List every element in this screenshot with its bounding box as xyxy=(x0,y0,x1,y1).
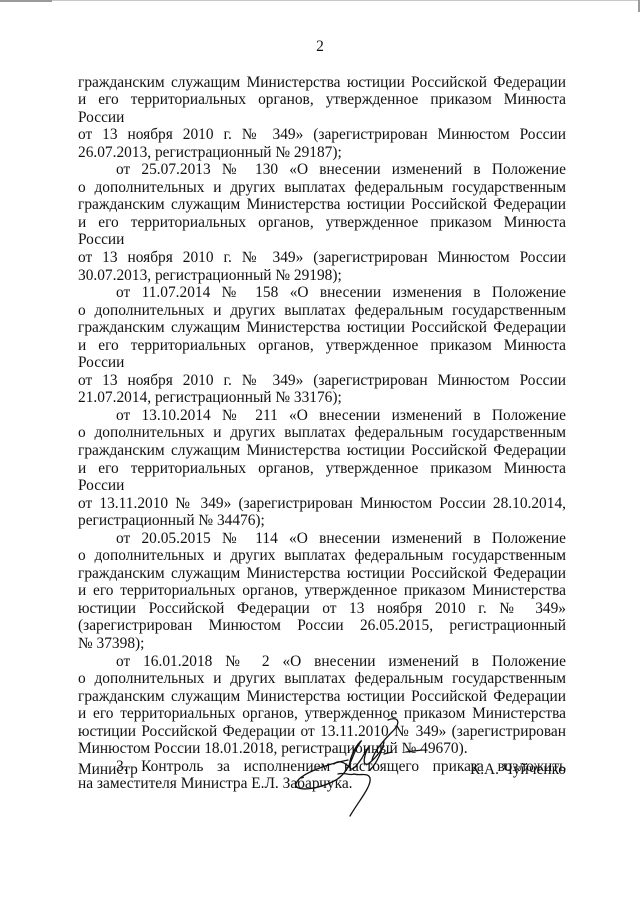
text-line: гражданским служащим Министерства юстици… xyxy=(78,688,566,706)
text-line: гражданским служащим Министерства юстици… xyxy=(78,74,566,92)
text-line: гражданским служащим Министерства юстици… xyxy=(78,565,566,583)
text-line: и его территориальных органов, утвержден… xyxy=(78,214,566,249)
handwritten-signature-icon xyxy=(288,712,448,822)
paragraph-order-2013-130: от 25.07.2013 № 130 «О внесении изменени… xyxy=(78,161,566,284)
text-line: № 37398); xyxy=(78,635,566,653)
text-line: регистрационный № 34476); xyxy=(78,512,566,530)
text-line: и его территориальных органов, утвержден… xyxy=(78,460,566,495)
text-line: 21.07.2014, регистрационный № 33176); xyxy=(78,389,566,407)
paragraph-continuation: гражданским служащим Министерства юстици… xyxy=(78,74,566,162)
text-line: от 13 ноября 2010 г. № 349» (зарегистрир… xyxy=(78,372,566,390)
text-line: от 13 ноября 2010 г. № 349» (зарегистрир… xyxy=(78,249,566,267)
paragraph-order-2014-211: от 13.10.2014 № 211 «О внесении изменени… xyxy=(78,407,566,530)
text-line: и его территориальных органов, утвержден… xyxy=(78,91,566,126)
text-line: от 13.10.2014 № 211 «О внесении изменени… xyxy=(78,407,566,425)
text-line: и его территориальных органов, утвержден… xyxy=(78,337,566,372)
document-page: 2 гражданским служащим Министерства юсти… xyxy=(0,0,640,905)
text-line: юстиции Российской Федерации от 13 ноябр… xyxy=(78,600,566,618)
page-number: 2 xyxy=(0,38,640,56)
document-body: гражданским служащим Министерства юстици… xyxy=(78,74,566,793)
text-line: от 16.01.2018 № 2 «О внесении изменений … xyxy=(78,653,566,671)
text-line: 30.07.2013, регистрационный № 29198); xyxy=(78,267,566,285)
text-line: гражданским служащим Министерства юстици… xyxy=(78,319,566,337)
text-line: от 20.05.2015 № 114 «О внесении изменени… xyxy=(78,530,566,548)
text-line: от 13.11.2010 № 349» (зарегистрирован Ми… xyxy=(78,495,566,513)
text-line: гражданским служащим Министерства юстици… xyxy=(78,442,566,460)
text-line: от 25.07.2013 № 130 «О внесении изменени… xyxy=(78,161,566,179)
paragraph-order-2015-114: от 20.05.2015 № 114 «О внесении изменени… xyxy=(78,530,566,653)
text-line: о дополнительных и других выплатах федер… xyxy=(78,547,566,565)
text-line: (зарегистрирован Минюстом России 26.05.2… xyxy=(78,617,566,635)
text-line: от 11.07.2014 № 158 «О внесении изменени… xyxy=(78,284,566,302)
signatory-name: К.А. Чуйченко xyxy=(470,761,566,779)
scan-edge-line xyxy=(0,0,52,2)
text-line: о дополнительных и других выплатах федер… xyxy=(78,302,566,320)
text-line: и его территориальных органов, утвержден… xyxy=(78,582,566,600)
text-line: гражданским служащим Министерства юстици… xyxy=(78,196,566,214)
scan-edge-line xyxy=(52,0,640,1)
text-line: о дополнительных и других выплатах федер… xyxy=(78,424,566,442)
text-line: о дополнительных и других выплатах федер… xyxy=(78,670,566,688)
text-line: 26.07.2013, регистрационный № 29187); xyxy=(78,144,566,162)
paragraph-order-2014-158: от 11.07.2014 № 158 «О внесении изменени… xyxy=(78,284,566,407)
signatory-title: Министр xyxy=(78,761,138,779)
text-line: от 13 ноября 2010 г. № 349» (зарегистрир… xyxy=(78,126,566,144)
text-line: о дополнительных и других выплатах федер… xyxy=(78,179,566,197)
